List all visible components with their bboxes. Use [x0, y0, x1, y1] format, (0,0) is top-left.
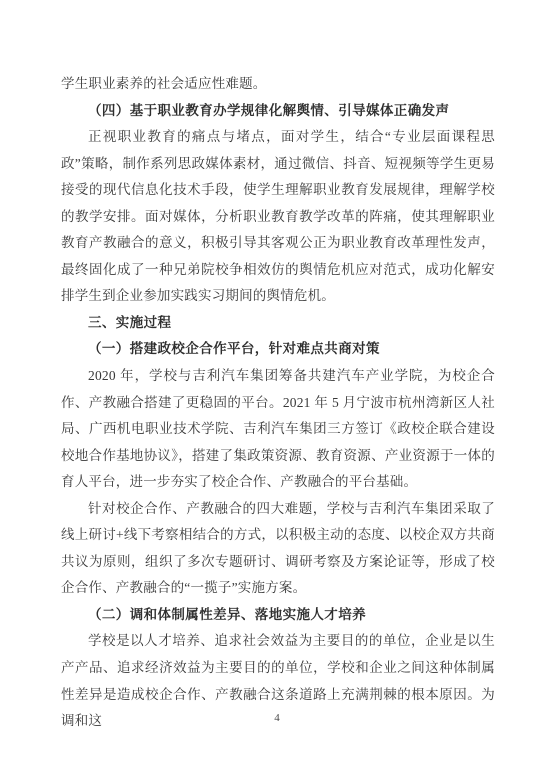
paragraph: 2020 年，学校与吉利汽车集团筹备共建汽车产业学院，为校企合作、产教融合搭建了… [61, 363, 495, 496]
subsection-heading-2: （二）调和体制属性差异、落地实施人才培养 [61, 602, 495, 629]
paragraph-continuation: 学生职业素养的社会适应性难题。 [61, 71, 495, 98]
subsection-heading-4: （四）基于职业教育办学规律化解舆情、引导媒体正确发声 [61, 98, 495, 125]
subsection-heading-1: （一）搭建政校企合作平台，针对难点共商对策 [61, 336, 495, 363]
document-body: 学生职业素养的社会适应性难题。 （四）基于职业教育办学规律化解舆情、引导媒体正确… [61, 71, 495, 735]
page-number: 4 [0, 710, 554, 726]
paragraph: 针对校企合作、产教融合的四大难题，学校与吉利汽车集团采取了线上研讨+线下考察相结… [61, 496, 495, 602]
paragraph: 正视职业教育的痛点与堵点，面对学生，结合“专业层面课程思政”策略，制作系列思政媒… [61, 124, 495, 310]
section-heading-3: 三、实施过程 [61, 310, 495, 337]
document-page: 学生职业素养的社会适应性难题。 （四）基于职业教育办学规律化解舆情、引导媒体正确… [0, 0, 554, 784]
